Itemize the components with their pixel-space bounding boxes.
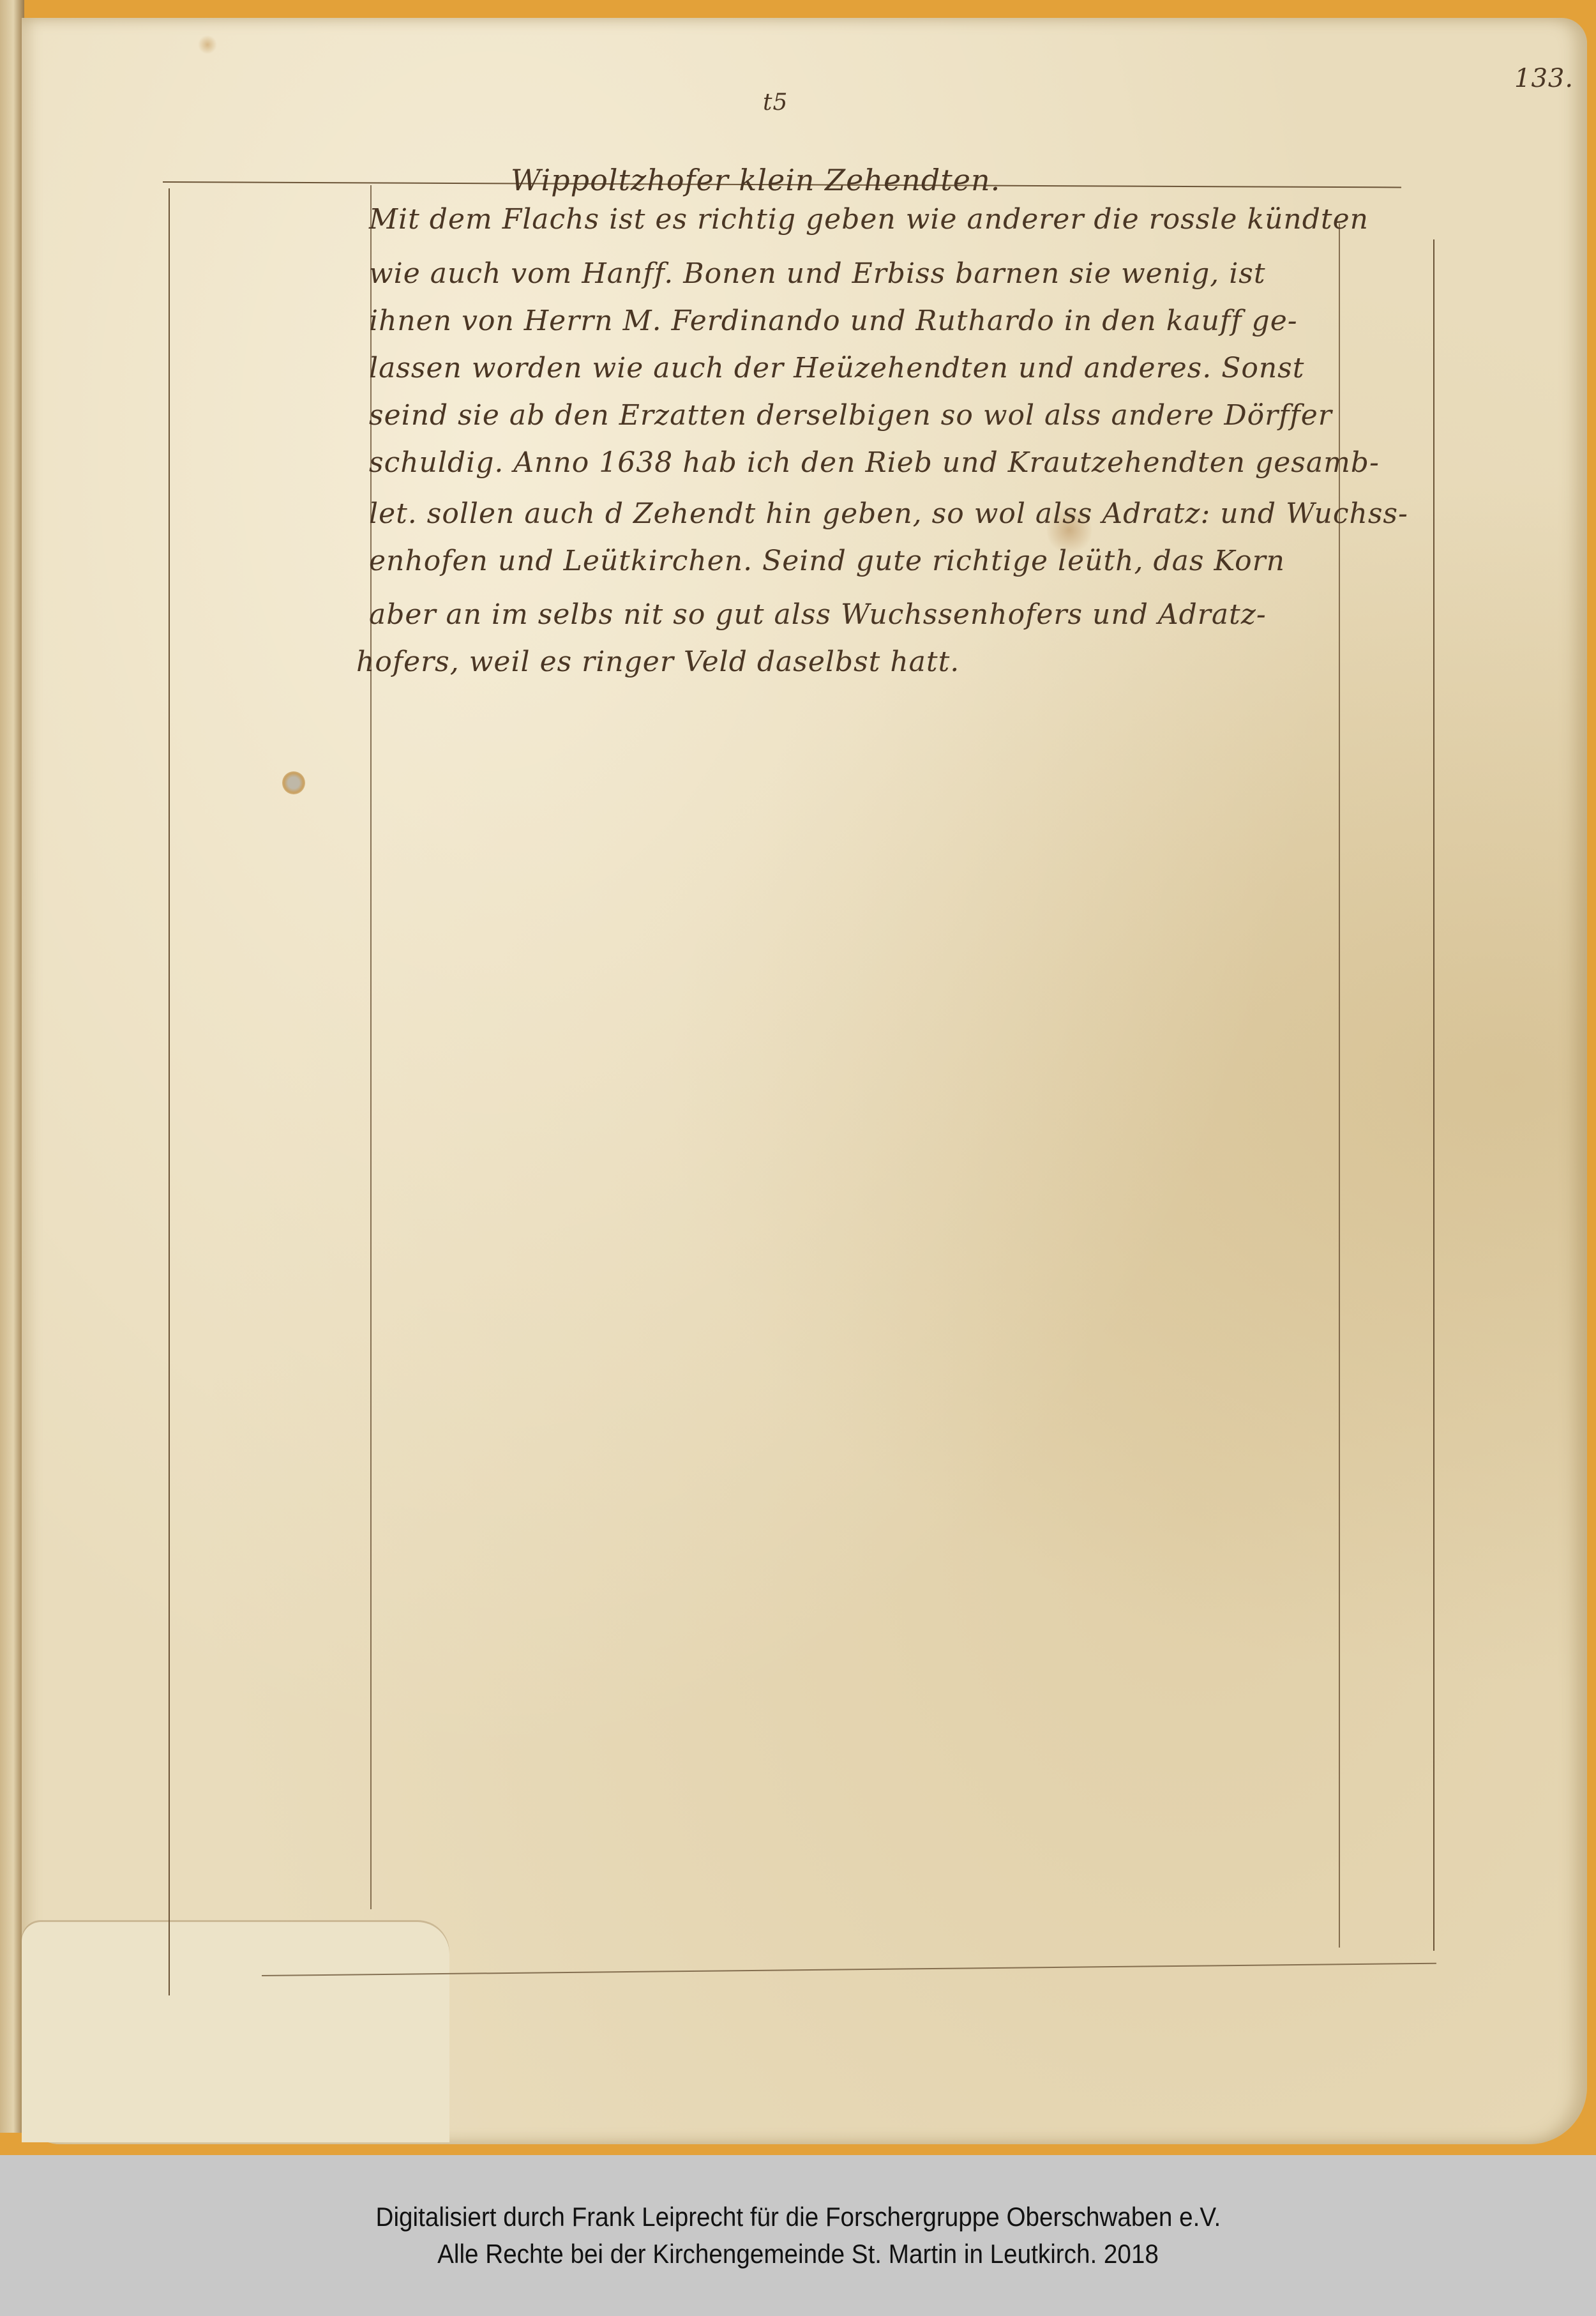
text-line: Mit dem Flachs ist es richtig geben wie … <box>369 203 1369 236</box>
text-line: seind sie ab den Erzatten derselbigen so… <box>369 399 1332 432</box>
paper-repair-patch <box>22 1922 449 2142</box>
caption-line-digitization: Digitalisiert durch Frank Leiprecht für … <box>375 2199 1221 2236</box>
copyright-caption: Digitalisiert durch Frank Leiprecht für … <box>0 2155 1596 2316</box>
text-line: wie auch vom Hanff. Bonen und Erbiss bar… <box>369 257 1266 290</box>
frame-inner-right-rule <box>1339 223 1340 1948</box>
ink-blot <box>282 771 305 794</box>
section-title: Wippoltzhofer klein Zehendten. <box>511 163 1000 197</box>
manuscript-scan: 133. t5 Wippoltzhofer klein Zehendten. M… <box>0 0 1596 2155</box>
foxing-spot <box>198 35 217 54</box>
folio-number: 133. <box>1514 64 1574 93</box>
text-line: schuldig. Anno 1638 hab ich den Rieb und… <box>369 446 1380 479</box>
text-line: aber an im selbs nit so gut alss Wuchsse… <box>369 598 1267 631</box>
text-line: hofers, weil es ringer Veld daselbst hat… <box>356 646 960 678</box>
frame-inner-left-rule <box>370 185 372 1909</box>
text-line: ihnen von Herrn M. Ferdinando und Ruthar… <box>369 305 1298 337</box>
frame-outer-right-rule <box>1433 239 1434 1951</box>
previous-page-edge <box>0 0 24 2133</box>
frame-outer-left-rule <box>169 188 170 1995</box>
text-line: enhofen und Leütkirchen. Seind gute rich… <box>369 545 1285 577</box>
text-line: let. sollen auch d Zehendt hin geben, so… <box>369 497 1408 530</box>
caption-line-rights: Alle Rechte bei der Kirchengemeinde St. … <box>437 2236 1159 2273</box>
header-mark: t5 <box>763 89 788 116</box>
text-line: lassen worden wie auch der Heüzehendten … <box>369 352 1304 384</box>
